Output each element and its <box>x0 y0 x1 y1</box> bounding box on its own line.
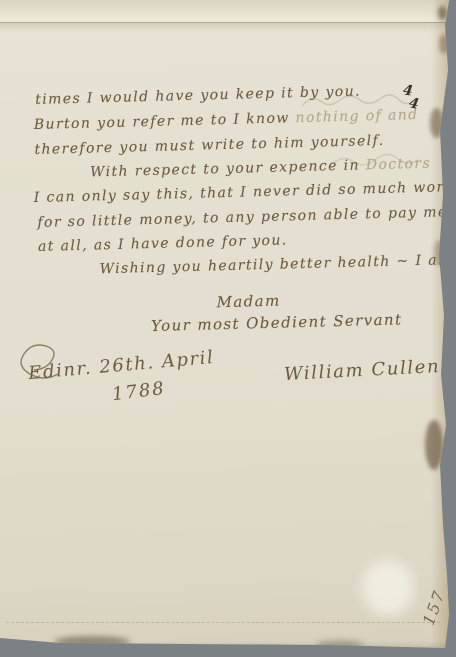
letter-line: I can only say this, that I never did so… <box>34 179 455 206</box>
burn-stain <box>425 420 443 470</box>
fold-crease-shadow <box>0 23 451 33</box>
burn-stain <box>430 108 443 138</box>
paper-light-patch <box>362 560 414 616</box>
letter-line-faded-text: Doctors <box>366 156 432 174</box>
edge-smudge <box>54 636 130 647</box>
letter-line: for so little money, to any person able … <box>37 204 448 231</box>
letter-line-text: at all, as I have done for you. <box>38 232 288 255</box>
salutation-text: Madam <box>216 292 281 312</box>
letter-line: at all, as I have done for you. <box>38 232 288 255</box>
letter-line: Wishing you heartily better health ~ I a… <box>99 252 452 277</box>
torn-right-edge <box>431 0 451 653</box>
letter-page: times I would have you keep it by you. B… <box>0 0 451 653</box>
fold-crease <box>0 0 451 23</box>
closing-salutation: Madam <box>216 292 281 312</box>
closing-valediction: Your most Obedient Servant <box>151 310 403 335</box>
letter-line-text: Wishing you heartily better health ~ I a… <box>99 252 452 277</box>
letter-line-text: I can only say this, that I never did so… <box>34 179 455 206</box>
burn-stain <box>439 34 449 54</box>
letter-line: Burton you refer me to I know nothing of… <box>34 107 419 133</box>
valediction-text: Your most Obedient Servant <box>151 310 403 335</box>
letter-line-text: for so little money, to any person able … <box>37 204 448 231</box>
letter-line-text: Burton you refer me to I know <box>34 110 296 133</box>
burn-stain <box>438 6 447 20</box>
signature-william-cullen: William Cullen <box>284 356 441 385</box>
edge-smudge <box>316 640 364 649</box>
lower-crease-line <box>6 622 440 623</box>
dateline-year: 1788 <box>111 378 167 405</box>
letter-line-faded-text: nothing of and <box>295 107 418 126</box>
letter-line-text: With respect to your expence in <box>90 157 366 180</box>
letter-line: With respect to your expence in Doctors <box>90 156 431 181</box>
